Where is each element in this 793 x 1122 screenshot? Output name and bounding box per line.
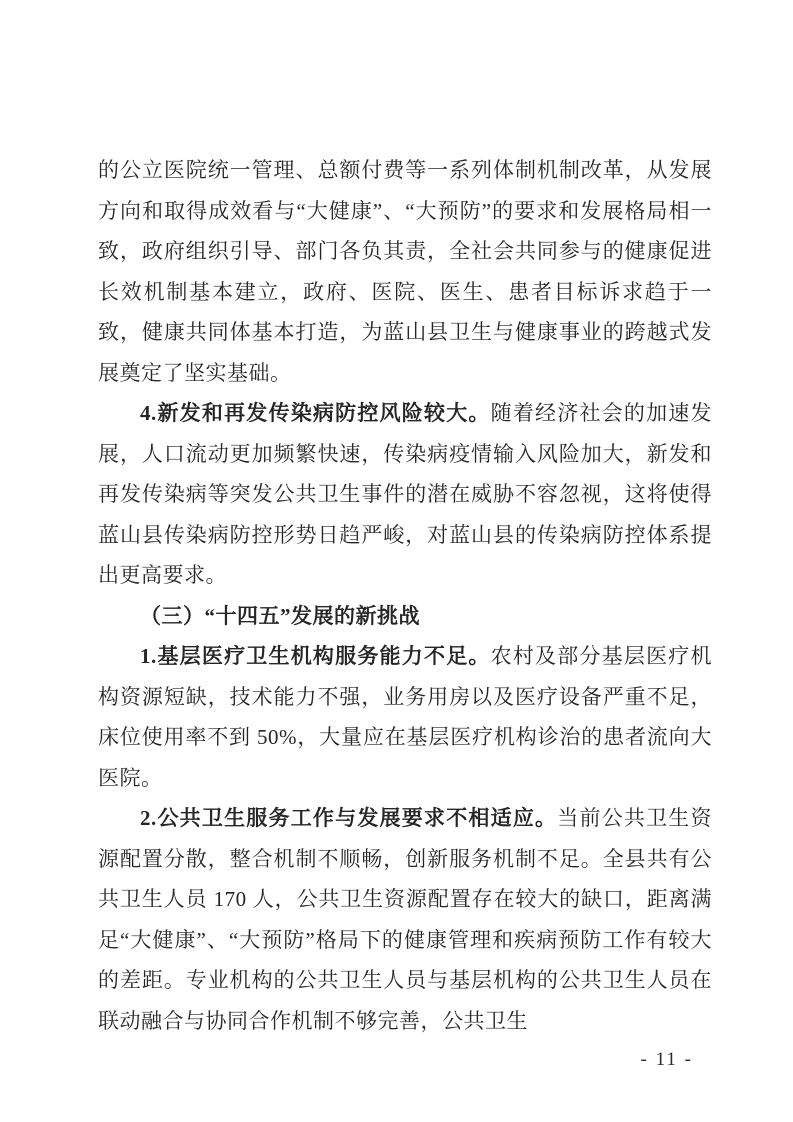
paragraph-item-2-lead: 2.公共卫生服务工作与发展要求不相适应。: [140, 806, 557, 830]
document-page: 的公立医院统一管理、总额付费等一系列体制机制改革，从发展方向和取得成效看与“大健…: [0, 0, 793, 1122]
paragraph-item-1: 1.基层医疗卫生机构服务能力不足。农村及部分基层医疗机构资源短缺，技术能力不强，…: [98, 636, 712, 798]
paragraph-item-4-lead: 4.新发和再发传染病防控风险较大。: [140, 401, 491, 425]
paragraph-item-1-lead: 1.基层医疗卫生机构服务能力不足。: [140, 644, 491, 668]
paragraph-item-4: 4.新发和再发传染病防控风险较大。随着经济社会的加速发展，人口流动更加频繁快速，…: [98, 393, 712, 596]
section-heading: （三）“十四五”发展的新挑战: [98, 596, 712, 637]
text-block: 的公立医院统一管理、总额付费等一系列体制机制改革，从发展方向和取得成效看与“大健…: [98, 150, 712, 1041]
paragraph-item-4-body: 随着经济社会的加速发展，人口流动更加频繁快速，传染病疫情输入风险加大，新发和再发…: [98, 401, 712, 587]
paragraph-item-2-body: 当前公共卫生资源配置分散，整合机制不顺畅，创新服务机制不足。全县共有公共卫生人员…: [98, 806, 712, 1033]
paragraph-continuation: 的公立医院统一管理、总额付费等一系列体制机制改革，从发展方向和取得成效看与“大健…: [98, 150, 712, 393]
paragraph-continuation-text: 的公立医院统一管理、总额付费等一系列体制机制改革，从发展方向和取得成效看与“大健…: [98, 158, 712, 385]
page-number: - 11 -: [641, 1048, 693, 1072]
paragraph-item-2: 2.公共卫生服务工作与发展要求不相适应。当前公共卫生资源配置分散，整合机制不顺畅…: [98, 798, 712, 1041]
